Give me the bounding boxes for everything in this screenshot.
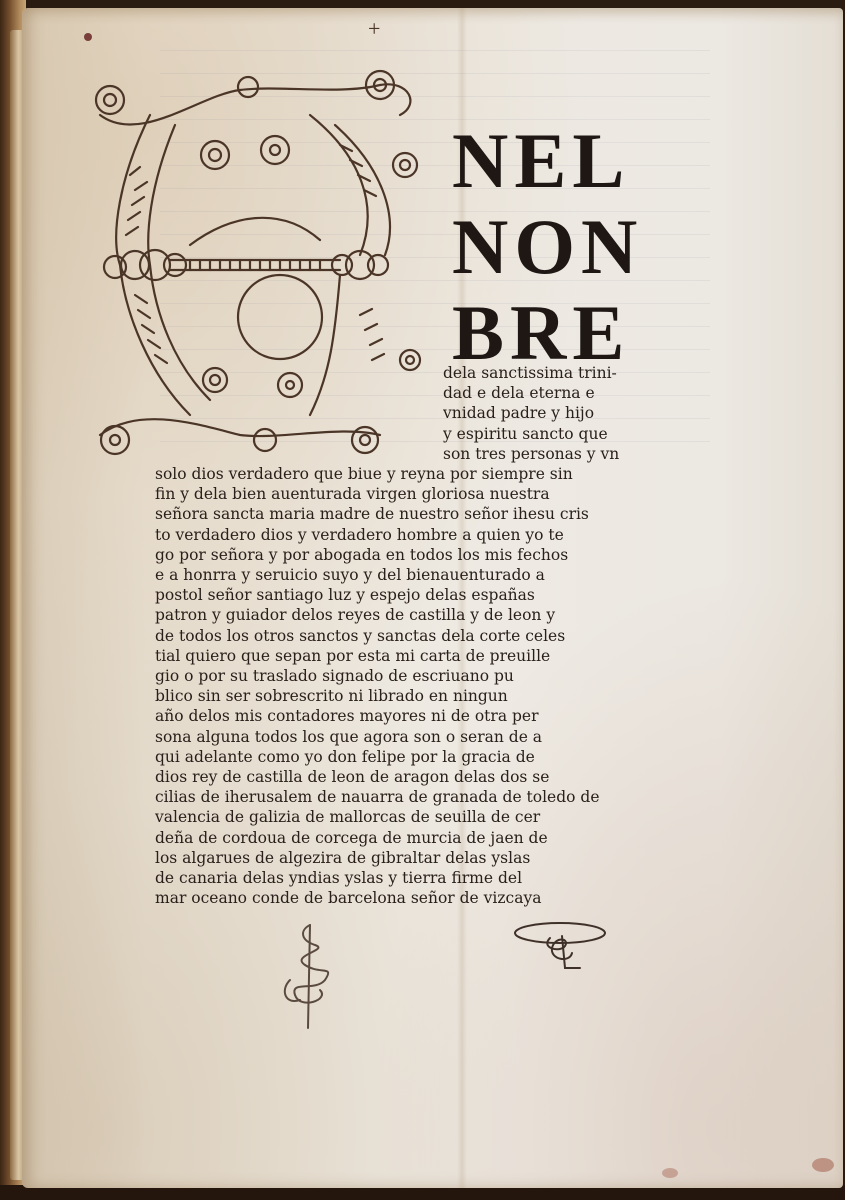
text-line: los algarues de algezira de gibraltar de…	[155, 848, 680, 868]
text-line: qui adelante como yo don felipe por la g…	[155, 747, 680, 767]
incipit-line: NON	[452, 204, 682, 290]
text-line: vnidad padre y hijo	[443, 403, 680, 423]
text-line: valencia de galizia de mallorcas de seui…	[155, 807, 680, 827]
text-line: y espiritu sancto que	[443, 424, 680, 444]
text-line: dad e dela eterna e	[443, 383, 680, 403]
cross-mark: +	[368, 16, 380, 42]
text-line: e a honrra y seruicio suyo y del bienaue…	[155, 565, 680, 585]
text-line: son tres personas y vn	[443, 444, 680, 464]
rubric-right-icon	[510, 918, 620, 978]
text-line: dela sanctissima trini-	[443, 363, 680, 383]
stain	[812, 1158, 834, 1172]
stain	[84, 33, 92, 41]
text-line: mar oceano conde de barcelona señor de v…	[155, 888, 680, 908]
stain	[662, 1168, 678, 1178]
text-line: deña de cordoua de corcega de murcia de …	[155, 828, 680, 848]
text-line: sona alguna todos los que agora son o se…	[155, 727, 680, 747]
text-line: de todos los otros sanctos y sanctas del…	[155, 626, 680, 646]
text-line: fin y dela bien auenturada virgen glorio…	[155, 484, 680, 504]
text-line: tial quiero que sepan por esta mi carta …	[155, 646, 680, 666]
text-line: de canaria delas yndias yslas y tierra f…	[155, 868, 680, 888]
text-line: gio o por su traslado signado de escriua…	[155, 666, 680, 686]
text-line: cilias de iherusalem de nauarra de grana…	[155, 787, 680, 807]
text-line: blico sin ser sobrescrito ni librado en …	[155, 686, 680, 706]
rubric-left-icon	[270, 920, 350, 1030]
text-line: patron y guiador delos reyes de castilla…	[155, 605, 680, 625]
incipit-line: NEL	[452, 118, 682, 204]
text-line: señora sancta maria madre de nuestro señ…	[155, 504, 680, 524]
text-line: solo dios verdadero que biue y reyna por…	[155, 464, 680, 484]
text-line: año delos mis contadores mayores ni de o…	[155, 706, 680, 726]
text-line: dios rey de castilla de leon de aragon d…	[155, 767, 680, 787]
text-line: postol señor santiago luz y espejo delas…	[155, 585, 680, 605]
text-line: go por señora y por abogada en todos los…	[155, 545, 680, 565]
incipit-heading: NEL NON BRE	[452, 118, 682, 376]
manuscript-text: dela sanctissima trini- dad e dela etern…	[155, 363, 680, 908]
text-line: to verdadero dios y verdadero hombre a q…	[155, 525, 680, 545]
